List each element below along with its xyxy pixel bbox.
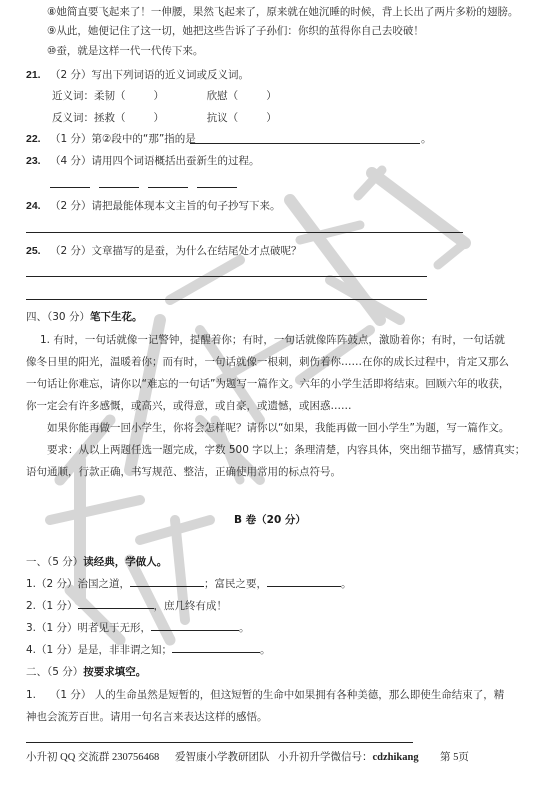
passage-paragraph-9: ⑨从此，她便记住了这一切，她把这些告诉了子孙们：你织的茧得你自己去咬破！ — [47, 23, 424, 38]
synonym-label-1: 近义词：柔韧（ — [52, 90, 126, 102]
essay-prompt-line-3: 一句话让你难忘，请你以“难忘的一句话”为题写一篇作文。六年的小学生活即将结束。回… — [26, 376, 509, 391]
punctuation: 。 — [239, 622, 250, 634]
question-text: （1 分）第②段中的“那”指的是 — [50, 133, 196, 145]
answer-line-24[interactable] — [26, 232, 463, 233]
section-score: 四、（30 分） — [26, 311, 90, 323]
answer-line-23-3[interactable] — [148, 187, 188, 188]
b1-item-1: 1.（2 分）治国之道，；富民之要，。 — [26, 576, 352, 591]
item-text: 1.（2 分）治国之道， — [26, 578, 130, 590]
answer-line-23-1[interactable] — [50, 187, 90, 188]
question-23: 23. （4 分）请用四个词语概括出蚕新生的过程。 — [26, 153, 259, 168]
answer-blank[interactable] — [267, 576, 341, 587]
question-number: 21. — [26, 69, 41, 81]
b1-item-2: 2.（1 分），庶几终有成！ — [26, 598, 227, 613]
answer-line-23-2[interactable] — [99, 187, 139, 188]
question-number: 25. — [26, 245, 41, 257]
punctuation: 。 — [260, 644, 271, 656]
antonym-row: 反义词：拯救（） 抗议（） — [52, 110, 277, 125]
section-score: 一、（5 分） — [26, 556, 83, 568]
question-25: 25. （2 分）文章描写的是蚕，为什么在结尾处才点破呢？ — [26, 243, 301, 258]
essay-prompt-line-4: 你一定会有许多感慨，或高兴，或得意，或自豪，或遗憾，或困惑…… — [26, 398, 352, 413]
punctuation: 。 — [341, 578, 352, 590]
section-title: 笔下生花。 — [90, 311, 143, 323]
answer-blank[interactable] — [172, 642, 260, 653]
section-score: 二、（5 分） — [26, 666, 83, 678]
question-text: （2 分）写出下列词语的近义词或反义词。 — [50, 69, 249, 81]
paren-close: ） — [266, 90, 277, 102]
question-number: 22. — [26, 133, 41, 145]
footer-wechat: 小升初升学微信号：cdzhikang — [278, 749, 419, 764]
essay-requirements-cont: 语句通顺，行款正确，书写规范、整洁，正确使用常用的标点符号。 — [26, 464, 341, 479]
wechat-id: cdzhikang — [373, 752, 419, 763]
section-b1-heading: 一、（5 分）读经典，学做人。 — [26, 554, 167, 569]
item-text: ；富民之要， — [204, 578, 267, 590]
footer-team: 爱智康小学教研团队 — [175, 749, 270, 764]
essay-requirements: 要求：从以上两题任选一题完成，字数 500 字以上；条理清楚，内容具体，突出细节… — [47, 442, 525, 457]
item-text: 4.（1 分）是是，非非谓之知； — [26, 644, 172, 656]
paren-close: ） — [266, 112, 277, 124]
essay-prompt-line-1: 1. 有时，一句话就像一记警钟，提醒着你；有时，一句话就像阵阵鼓点，激励着你；有… — [40, 332, 505, 347]
volume-b-title: B 卷（20 分） — [234, 512, 306, 527]
b1-item-4: 4.（1 分）是是，非非谓之知；。 — [26, 642, 271, 657]
wechat-label: 小升初升学微信号： — [278, 752, 373, 763]
section-b2-heading: 二、（5 分）按要求填空。 — [26, 664, 146, 679]
question-text: （4 分）请用四个词语概括出蚕新生的过程。 — [50, 155, 260, 167]
item-text: 2.（1 分） — [26, 600, 78, 612]
item-text: 3.（1 分）明者见于无形， — [26, 622, 151, 634]
question-number: 23. — [26, 155, 41, 167]
question-text: （2 分）文章描写的是蚕，为什么在结尾处才点破呢？ — [50, 245, 302, 257]
section-title: 读经典，学做人。 — [83, 556, 167, 568]
passage-paragraph-10: ⑩蚕，就是这样一代一代传下来。 — [47, 43, 203, 58]
b2-item-1-line-2: 神也会流芳百世。请用一句名言来表达这样的感悟。 — [26, 709, 268, 724]
footer-rule — [26, 742, 413, 743]
answer-line-23-4[interactable] — [197, 187, 237, 188]
b1-item-3: 3.（1 分）明者见于无形，。 — [26, 620, 250, 635]
answer-line-25-2[interactable] — [26, 299, 427, 300]
question-22: 22. （1 分）第②段中的“那”指的是 — [26, 131, 196, 146]
question-21: 21. （2 分）写出下列词语的近义词或反义词。 — [26, 67, 249, 82]
footer-page-number: 第 5页 — [440, 749, 469, 764]
essay-prompt-line-5: 如果你能再做一回小学生，你将会怎样呢？请你以“如果，我能再做一回小学生”为题，写… — [47, 420, 509, 435]
section-4-heading: 四、（30 分）笔下生花。 — [26, 309, 142, 324]
b2-item-1-line-1: 1. （1 分） 人的生命虽然是短暂的，但这短暂的生命中如果拥有各种美德，那么即… — [26, 687, 504, 702]
synonym-row: 近义词：柔韧（） 欣慰（） — [52, 88, 277, 103]
item-text: ，庶几终有成！ — [154, 600, 228, 612]
question-24: 24. （2 分）请把最能体现本文主旨的句子抄写下来。 — [26, 198, 280, 213]
synonym-label-2: 欣慰（ — [207, 90, 239, 102]
answer-line-25-1[interactable] — [26, 276, 427, 277]
antonym-label-2: 抗议（ — [207, 112, 239, 124]
footer-qq-group: 小升初 QQ 交流群 230756468 — [26, 749, 159, 764]
answer-line-22[interactable] — [190, 143, 420, 144]
answer-blank[interactable] — [151, 620, 239, 631]
essay-prompt-line-2: 像冬日里的阳光，温暖着你；而有时，一句话就像一根刺，刺伤着你……在你的成长过程中… — [26, 354, 509, 369]
paren-close: ） — [154, 112, 165, 124]
antonym-label-1: 反义词：拯救（ — [52, 112, 126, 124]
answer-blank[interactable] — [78, 598, 154, 609]
paren-close: ） — [154, 90, 165, 102]
question-text: （2 分）请把最能体现本文主旨的句子抄写下来。 — [50, 200, 281, 212]
passage-paragraph-8: ⑧她简直要飞起来了！一伸腰，果然飞起来了，原来就在她沉睡的时候，背上长出了两片多… — [47, 4, 518, 19]
section-title: 按要求填空。 — [83, 666, 146, 678]
answer-blank[interactable] — [130, 576, 204, 587]
question-number: 24. — [26, 200, 41, 212]
punctuation: 。 — [421, 131, 432, 146]
